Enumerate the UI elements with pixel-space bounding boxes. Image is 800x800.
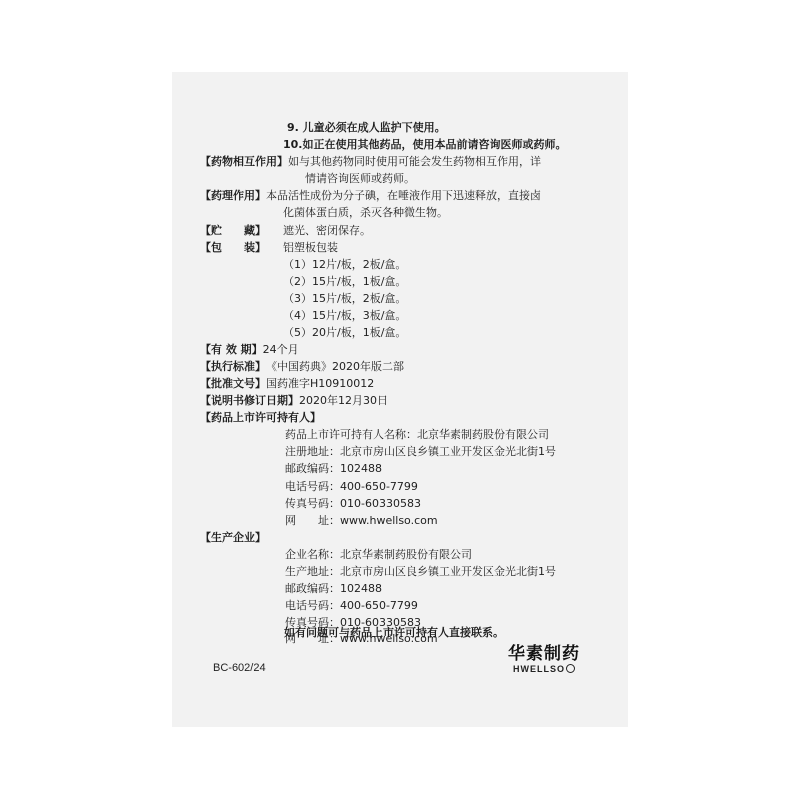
holder-postcode-key: 邮政编码： <box>285 462 340 475</box>
holder-address-value: 北京市房山区良乡镇工业开发区金光北街1号 <box>340 445 556 458</box>
approval-section: 【批准文号】国药准字H10910012 <box>200 377 374 391</box>
packaging-option-3: （3）15片/板，2板/盒。 <box>283 292 406 306</box>
packaging-option-1: （1）12片/板，2板/盒。 <box>283 258 406 272</box>
validity-section: 【有 效 期】24个月 <box>200 343 299 357</box>
approval-value: 国药准字H10910012 <box>266 377 374 390</box>
interactions-text-line2: 情请咨询医师或药师。 <box>305 172 415 186</box>
precaution-item-9: 9. 儿童必须在成人监护下使用。 <box>287 121 446 135</box>
manufacturer-postcode-row: 邮政编码：102488 <box>285 582 382 596</box>
manufacturer-name-value: 北京华素制药股份有限公司 <box>340 548 472 561</box>
manufacturer-address-value: 北京市房山区良乡镇工业开发区金光北街1号 <box>340 565 556 578</box>
holder-website-row: 网 址：www.hwellso.com <box>285 514 438 528</box>
manufacturer-postcode-value: 102488 <box>340 582 382 595</box>
holder-label: 【药品上市许可持有人】 <box>200 411 321 425</box>
packaging-value: 铝塑板包装 <box>283 241 338 254</box>
interactions-label: 【药物相互作用】 <box>200 155 288 169</box>
storage-value: 遮光、密闭保存。 <box>283 224 371 237</box>
standard-label: 【执行标准】 <box>200 360 266 374</box>
validity-value: 24个月 <box>263 343 299 356</box>
holder-fax-key: 传真号码： <box>285 497 340 510</box>
brand-logo-chinese: 华素制药 <box>508 644 580 664</box>
manufacturer-name-key: 企业名称： <box>285 548 340 561</box>
approval-label: 【批准文号】 <box>200 377 266 391</box>
manufacturer-phone-value: 400-650-7799 <box>340 599 418 612</box>
interactions-text-line1: 如与其他药物同时使用可能会发生药物相互作用，详 <box>288 155 541 168</box>
pharmacology-section: 【药理作用】本品活性成份为分子碘，在唾液作用下迅速释放，直接卤 <box>200 189 541 203</box>
revision-value: 2020年12月30日 <box>299 394 388 407</box>
contact-note-visible: 如有问题可与药品上市许可持有人直接联系。 <box>284 626 504 640</box>
holder-address-key: 注册地址： <box>285 445 340 458</box>
pharmacology-text-line1: 本品活性成份为分子碘，在唾液作用下迅速释放，直接卤 <box>266 189 541 202</box>
manufacturer-label: 【生产企业】 <box>200 531 266 545</box>
manufacturer-name-row: 企业名称：北京华素制药股份有限公司 <box>285 548 472 562</box>
document-code: BC-602/24 <box>213 662 266 674</box>
packaging-section: 【包 装】铝塑板包装 <box>200 241 338 255</box>
manufacturer-address-key: 生产地址： <box>285 565 340 578</box>
holder-postcode-value: 102488 <box>340 462 382 475</box>
holder-name-row: 药品上市许可持有人名称：北京华素制药股份有限公司 <box>285 428 549 442</box>
packaging-option-2: （2）15片/板，1板/盒。 <box>283 275 406 289</box>
holder-name-value: 北京华素制药股份有限公司 <box>417 428 549 441</box>
pharmacology-label: 【药理作用】 <box>200 189 266 203</box>
validity-label: 【有 效 期】 <box>200 343 263 357</box>
holder-name-key: 药品上市许可持有人名称： <box>285 428 417 441</box>
packaging-label: 【包 装】 <box>200 241 283 255</box>
packaging-option-4: （4）15片/板，3板/盒。 <box>283 309 406 323</box>
standard-value: 《中国药典》2020年版二部 <box>266 360 404 373</box>
holder-phone-value: 400-650-7799 <box>340 480 418 493</box>
holder-website-value: www.hwellso.com <box>340 514 438 527</box>
manufacturer-phone-key: 电话号码： <box>285 599 340 612</box>
revision-label: 【说明书修订日期】 <box>200 394 299 408</box>
holder-website-key: 网 址： <box>285 514 340 527</box>
holder-phone-key: 电话号码： <box>285 480 340 493</box>
manufacturer-address-row: 生产地址：北京市房山区良乡镇工业开发区金光北街1号 <box>285 565 556 579</box>
holder-phone-row: 电话号码：400-650-7799 <box>285 480 418 494</box>
holder-postcode-row: 邮政编码：102488 <box>285 462 382 476</box>
interactions-section: 【药物相互作用】如与其他药物同时使用可能会发生药物相互作用，详 <box>200 155 541 169</box>
packaging-option-5: （5）20片/板，1板/盒。 <box>283 326 406 340</box>
standard-section: 【执行标准】《中国药典》2020年版二部 <box>200 360 404 374</box>
storage-section: 【贮 藏】遮光、密闭保存。 <box>200 224 371 238</box>
brand-logo-english: HWELLSO <box>508 664 580 675</box>
precaution-item-10: 10.如正在使用其他药品，使用本品前请咨询医师或药师。 <box>283 138 567 152</box>
manufacturer-phone-row: 电话号码：400-650-7799 <box>285 599 418 613</box>
holder-address-row: 注册地址：北京市房山区良乡镇工业开发区金光北街1号 <box>285 445 556 459</box>
brand-logo: 华素制药 HWELLSO <box>508 644 580 675</box>
pharmacology-text-line2: 化菌体蛋白质，杀灭各种微生物。 <box>283 206 448 220</box>
manufacturer-postcode-key: 邮政编码： <box>285 582 340 595</box>
brand-logo-mark-icon <box>566 664 575 673</box>
holder-fax-row: 传真号码：010-60330583 <box>285 497 421 511</box>
revision-section: 【说明书修订日期】2020年12月30日 <box>200 394 388 408</box>
holder-fax-value: 010-60330583 <box>340 497 421 510</box>
storage-label: 【贮 藏】 <box>200 224 283 238</box>
